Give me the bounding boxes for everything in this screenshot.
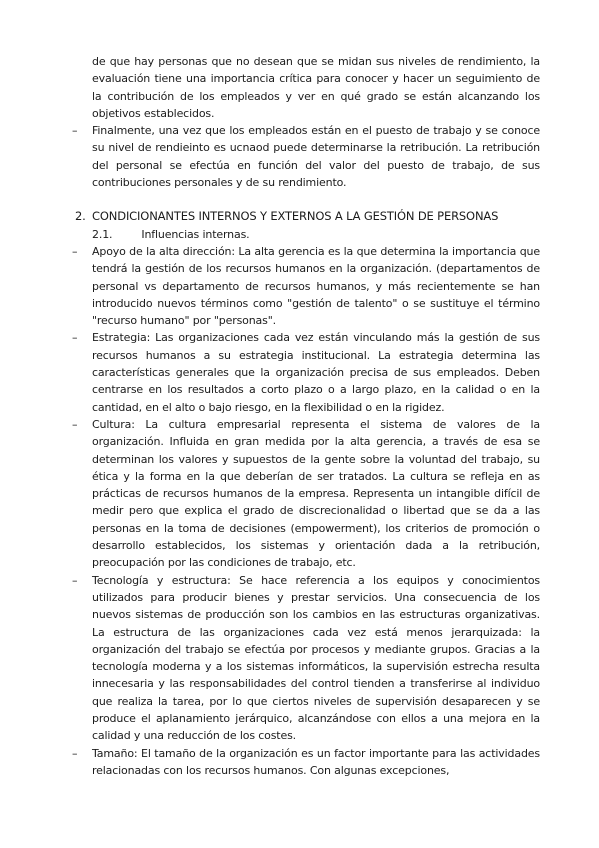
subsection-heading-text: Influencias internas. [141,228,249,241]
list-item-text: Tamaño: El tamaño de la organización es … [92,747,540,777]
list-item-text: Finalmente, una vez que los empleados es… [92,124,540,189]
list-item-text: Tecnología y estructura: Se hace referen… [92,574,540,743]
section-heading-text: CONDICIONANTES INTERNOS Y EXTERNOS A LA … [92,209,498,223]
dash-bullet: – [72,745,77,762]
section-number: 2. [75,208,86,225]
dash-bullet: – [72,122,77,139]
subsection-number: 2.1. [92,226,138,243]
list-item-text: Estrategia: Las organizaciones cada vez … [92,331,540,413]
list-item-cultura: – Cultura: La cultura empresarial repres… [92,416,540,572]
list-item-finalmente: – Finalmente, una vez que los empleados … [92,122,540,191]
list-item-text: Apoyo de la alta dirección: La alta gere… [92,245,540,327]
paragraph-continuation: de que hay personas que no desean que se… [92,53,540,122]
dash-bullet: – [72,329,77,346]
section-heading: 2. CONDICIONANTES INTERNOS Y EXTERNOS A … [92,208,540,225]
list-item-tamano: – Tamaño: El tamaño de la organización e… [92,745,540,780]
dash-bullet: – [72,243,77,260]
paragraph-text: de que hay personas que no desean que se… [92,55,540,120]
dash-bullet: – [72,572,77,589]
list-item-text: Cultura: La cultura empresarial represen… [92,418,540,569]
list-item-apoyo: – Apoyo de la alta dirección: La alta ge… [92,243,540,329]
subsection-heading: 2.1. Influencias internas. [92,226,540,243]
document-page: de que hay personas que no desean que se… [0,0,599,848]
dash-bullet: – [72,416,77,433]
list-item-estrategia: – Estrategia: Las organizaciones cada ve… [92,329,540,415]
list-item-tecnologia: – Tecnología y estructura: Se hace refer… [92,572,540,745]
document-content: de que hay personas que no desean que se… [92,53,540,779]
